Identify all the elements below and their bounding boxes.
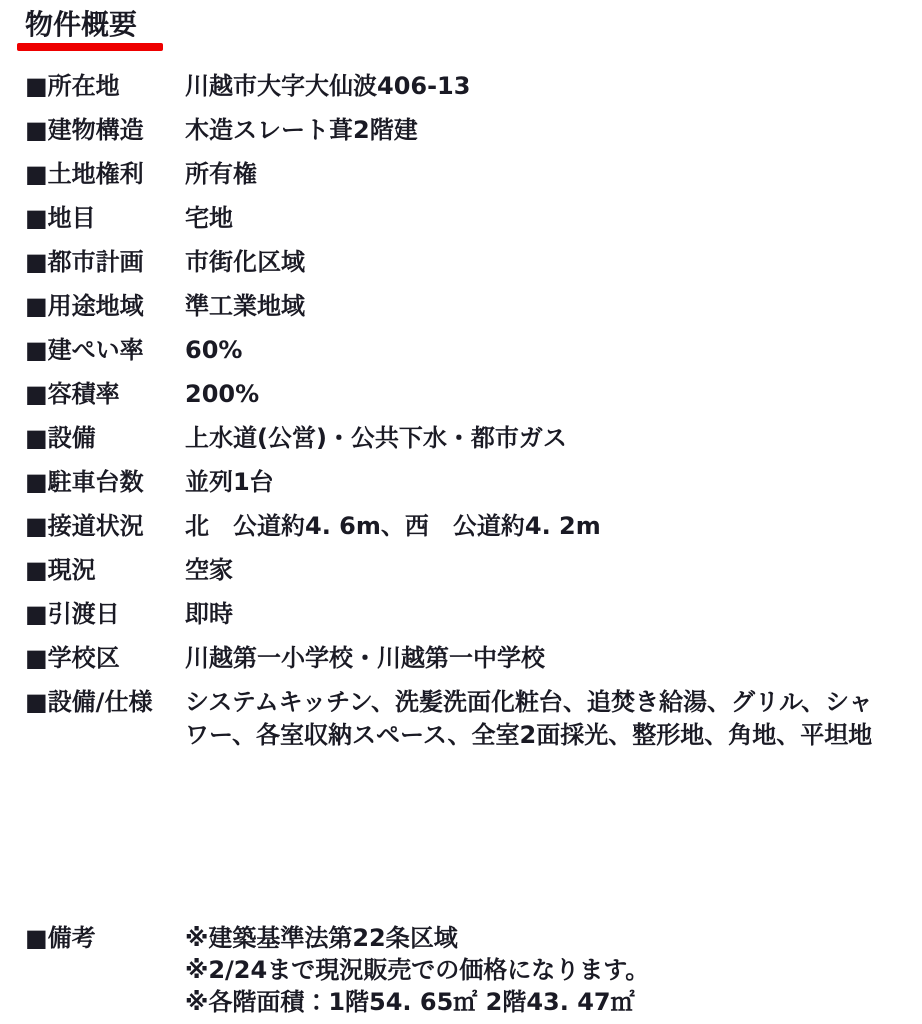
row-value: 即時 bbox=[185, 598, 233, 631]
table-row-land-category: ■地目 宅地 bbox=[25, 202, 897, 235]
row-label: ■用途地域 bbox=[25, 290, 185, 323]
row-label: ■容積率 bbox=[25, 378, 185, 411]
remarks-section: ■備考 ※建築基準法第22条区域 ※2/24まで現況販売での価格になります。 ※… bbox=[25, 922, 897, 1018]
row-label: ■設備 bbox=[25, 422, 185, 455]
table-row-zoning: ■用途地域 準工業地域 bbox=[25, 290, 897, 323]
remark-line: ※建築基準法第22条区域 bbox=[185, 922, 649, 954]
table-row-current-status: ■現況 空家 bbox=[25, 554, 897, 587]
row-label: ■現況 bbox=[25, 554, 185, 587]
row-value: 川越市大字大仙波406-13 bbox=[185, 70, 470, 103]
row-label: ■引渡日 bbox=[25, 598, 185, 631]
table-row-utilities: ■設備 上水道(公営)・公共下水・都市ガス bbox=[25, 422, 897, 455]
table-row-parking: ■駐車台数 並列1台 bbox=[25, 466, 897, 499]
table-row-floor-area-ratio: ■容積率 200% bbox=[25, 378, 897, 411]
row-value: 上水道(公営)・公共下水・都市ガス bbox=[185, 422, 567, 455]
row-value: 川越第一小学校・川越第一中学校 bbox=[185, 642, 545, 675]
row-value: 木造スレート葺2階建 bbox=[185, 114, 418, 147]
table-row-land-rights: ■土地権利 所有権 bbox=[25, 158, 897, 191]
row-label: ■学校区 bbox=[25, 642, 185, 675]
row-label: ■所在地 bbox=[25, 70, 185, 103]
row-value: 所有権 bbox=[185, 158, 257, 191]
title-underline bbox=[17, 43, 163, 51]
row-label: ■建物構造 bbox=[25, 114, 185, 147]
table-row-school-district: ■学校区 川越第一小学校・川越第一中学校 bbox=[25, 642, 897, 675]
row-value: 北 公道約4. 6m、西 公道約4. 2m bbox=[185, 510, 601, 543]
row-label: ■駐車台数 bbox=[25, 466, 185, 499]
page-title: 物件概要 bbox=[25, 8, 137, 42]
table-row-building-structure: ■建物構造 木造スレート葺2階建 bbox=[25, 114, 897, 147]
row-label: ■建ぺい率 bbox=[25, 334, 185, 367]
row-label: ■地目 bbox=[25, 202, 185, 235]
row-label: ■土地権利 bbox=[25, 158, 185, 191]
remark-line: ※2/24まで現況販売での価格になります。 bbox=[185, 954, 649, 986]
property-summary-document: 物件概要 ■所在地 川越市大字大仙波406-13 ■建物構造 木造スレート葺2階… bbox=[0, 0, 922, 1024]
row-value: 60% bbox=[185, 334, 242, 367]
remarks-lines: ※建築基準法第22条区域 ※2/24まで現況販売での価格になります。 ※各階面積… bbox=[185, 922, 649, 1018]
row-label: ■都市計画 bbox=[25, 246, 185, 279]
row-value: 200% bbox=[185, 378, 259, 411]
table-row-handover-date: ■引渡日 即時 bbox=[25, 598, 897, 631]
row-value: 準工業地域 bbox=[185, 290, 305, 323]
row-value: システムキッチン、洗髪洗面化粧台、追焚き給湯、グリル、シャワー、各室収納スペース… bbox=[185, 686, 895, 752]
row-value: 市街化区域 bbox=[185, 246, 305, 279]
row-value: 空家 bbox=[185, 554, 233, 587]
row-label: ■設備/仕様 bbox=[25, 686, 185, 719]
property-summary-table: ■所在地 川越市大字大仙波406-13 ■建物構造 木造スレート葺2階建 ■土地… bbox=[25, 70, 897, 763]
remark-line: ※各階面積：1階54. 65㎡ 2階43. 47㎡ bbox=[185, 986, 649, 1018]
table-row-location: ■所在地 川越市大字大仙波406-13 bbox=[25, 70, 897, 103]
table-row-city-planning: ■都市計画 市街化区域 bbox=[25, 246, 897, 279]
table-row-equipment-specs: ■設備/仕様 システムキッチン、洗髪洗面化粧台、追焚き給湯、グリル、シャワー、各… bbox=[25, 686, 897, 752]
row-label: ■接道状況 bbox=[25, 510, 185, 543]
table-row-road-access: ■接道状況 北 公道約4. 6m、西 公道約4. 2m bbox=[25, 510, 897, 543]
remarks-label: ■備考 bbox=[25, 922, 185, 954]
table-row-building-coverage-ratio: ■建ぺい率 60% bbox=[25, 334, 897, 367]
row-value: 宅地 bbox=[185, 202, 233, 235]
row-value: 並列1台 bbox=[185, 466, 274, 499]
